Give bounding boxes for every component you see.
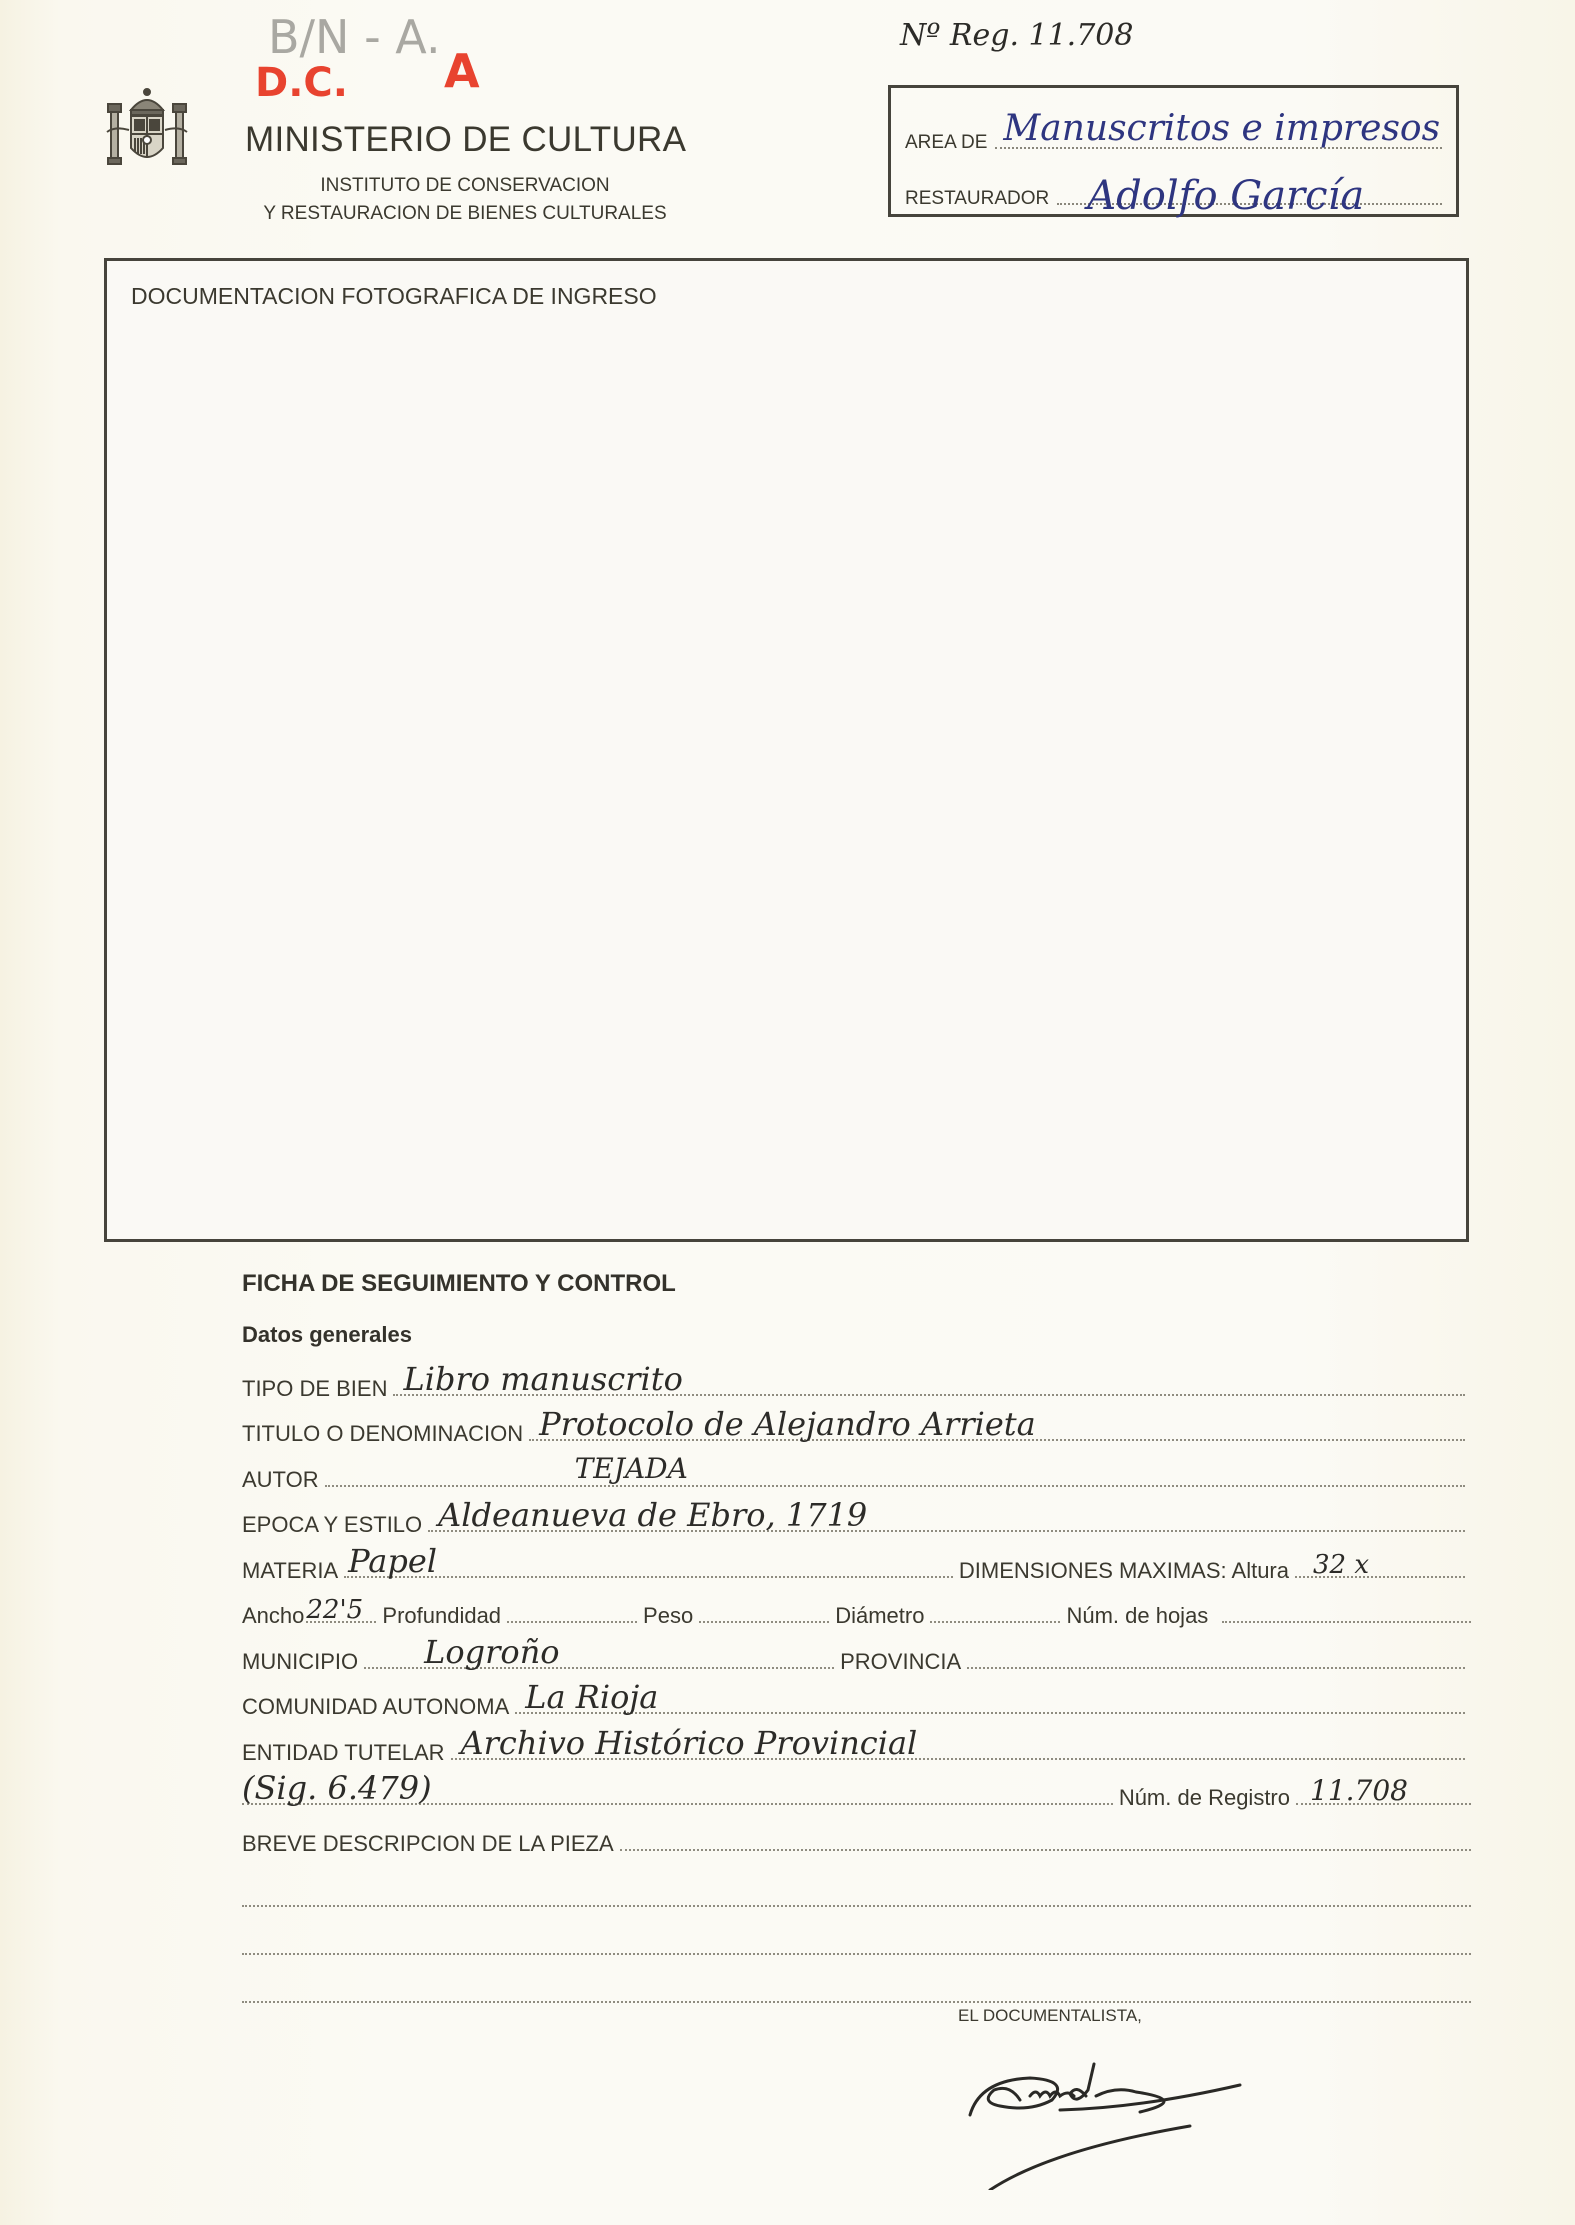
field-titulo[interactable]: TITULO O DENOMINACION Protocolo de Aleja… bbox=[242, 1404, 1471, 1450]
restaurador-field[interactable]: RESTAURADOR Adolfo García bbox=[905, 170, 1442, 210]
descripcion-label: BREVE DESCRIPCION DE LA PIEZA bbox=[242, 1831, 614, 1859]
descripcion-line bbox=[620, 1848, 1471, 1851]
form-title: FICHA DE SEGUIMIENTO Y CONTROL bbox=[242, 1270, 1471, 1298]
comunidad-value: La Rioja bbox=[525, 1678, 658, 1716]
materia-value: Papel bbox=[348, 1542, 437, 1580]
signature-icon bbox=[960, 2030, 1250, 2190]
red-annotation-a: A bbox=[444, 44, 480, 98]
restaurador-line: Adolfo García bbox=[1057, 202, 1442, 205]
coat-of-arms-icon bbox=[103, 86, 191, 172]
diametro-line bbox=[930, 1620, 1060, 1623]
institute-line-1: INSTITUTO DE CONSERVACION bbox=[245, 172, 685, 200]
area-value: Manuscritos e impresos bbox=[1003, 108, 1440, 149]
signatura-line: (Sig. 6.479) bbox=[242, 1802, 1113, 1805]
municipio-value: Logroño bbox=[424, 1633, 559, 1671]
ministry-title: MINISTERIO DE CULTURA bbox=[245, 120, 686, 160]
tracking-form: FICHA DE SEGUIMIENTO Y CONTROL Datos gen… bbox=[242, 1270, 1471, 2003]
ancho-line: 22'5 bbox=[306, 1620, 376, 1623]
field-entidad[interactable]: ENTIDAD TUTELAR Archivo Histórico Provin… bbox=[242, 1722, 1471, 1768]
peso-line bbox=[699, 1620, 829, 1623]
epoca-value: Aldeanueva de Ebro, 1719 bbox=[438, 1496, 867, 1534]
autor-value: TEJADA bbox=[575, 1452, 688, 1485]
institute-subtitle: INSTITUTO DE CONSERVACION Y RESTAURACION… bbox=[245, 172, 685, 228]
restaurador-label: RESTAURADOR bbox=[905, 188, 1049, 210]
provincia-line bbox=[967, 1666, 1465, 1669]
num-hojas-label: Núm. de hojas bbox=[1066, 1603, 1208, 1631]
institute-line-2: Y RESTAURACION DE BIENES CULTURALES bbox=[245, 200, 685, 228]
entidad-label: ENTIDAD TUTELAR bbox=[242, 1740, 445, 1768]
area-restaurador-box: AREA DE Manuscritos e impresos RESTAURAD… bbox=[888, 85, 1459, 217]
photo-documentation-box: DOCUMENTACION FOTOGRAFICA DE INGRESO bbox=[104, 258, 1469, 1242]
tipo-de-bien-line: Libro manuscrito bbox=[393, 1393, 1465, 1396]
num-registro-label: Núm. de Registro bbox=[1119, 1785, 1290, 1813]
field-municipio-provincia[interactable]: MUNICIPIO Logroño PROVINCIA bbox=[242, 1631, 1471, 1677]
titulo-line: Protocolo de Alejandro Arrieta bbox=[529, 1438, 1465, 1441]
photo-box-title: DOCUMENTACION FOTOGRAFICA DE INGRESO bbox=[131, 283, 657, 310]
autor-label: AUTOR bbox=[242, 1467, 319, 1495]
diametro-label: Diámetro bbox=[835, 1603, 924, 1631]
municipio-line: Logroño bbox=[364, 1666, 834, 1669]
signatura-value: (Sig. 6.479) bbox=[242, 1769, 432, 1807]
epoca-label: EPOCA Y ESTILO bbox=[242, 1512, 422, 1540]
titulo-label: TITULO O DENOMINACION bbox=[242, 1421, 523, 1449]
field-comunidad[interactable]: COMUNIDAD AUTONOMA La Rioja bbox=[242, 1677, 1471, 1723]
titulo-value: Protocolo de Alejandro Arrieta bbox=[539, 1405, 1036, 1443]
dimensiones-label: DIMENSIONES MAXIMAS: Altura bbox=[959, 1558, 1289, 1586]
ancho-value: 22'5 bbox=[306, 1595, 363, 1625]
autor-line: TEJADA bbox=[325, 1484, 1465, 1487]
field-epoca[interactable]: EPOCA Y ESTILO Aldeanueva de Ebro, 1719 bbox=[242, 1495, 1471, 1541]
pencil-annotation: B/N - A. bbox=[268, 10, 441, 64]
field-descripcion[interactable]: BREVE DESCRIPCION DE LA PIEZA bbox=[242, 1813, 1471, 1859]
municipio-label: MUNICIPIO bbox=[242, 1649, 358, 1677]
profundidad-line bbox=[507, 1620, 637, 1623]
comunidad-line: La Rioja bbox=[515, 1711, 1465, 1714]
epoca-line: Aldeanueva de Ebro, 1719 bbox=[428, 1529, 1465, 1532]
num-hojas-line bbox=[1222, 1620, 1471, 1623]
peso-label: Peso bbox=[643, 1603, 693, 1631]
field-medidas[interactable]: Ancho 22'5 Profundidad Peso Diámetro Núm… bbox=[242, 1586, 1471, 1632]
entidad-value: Archivo Histórico Provincial bbox=[461, 1724, 918, 1762]
descripcion-line-4[interactable] bbox=[242, 1955, 1471, 2003]
provincia-label: PROVINCIA bbox=[840, 1649, 961, 1677]
form-subtitle: Datos generales bbox=[242, 1322, 1471, 1348]
field-signatura-registro[interactable]: (Sig. 6.479) Núm. de Registro 11.708 bbox=[242, 1768, 1471, 1814]
field-materia-dimensiones[interactable]: MATERIA Papel DIMENSIONES MAXIMAS: Altur… bbox=[242, 1540, 1471, 1586]
field-autor[interactable]: AUTOR TEJADA bbox=[242, 1449, 1471, 1495]
field-tipo-de-bien[interactable]: TIPO DE BIEN Libro manuscrito bbox=[242, 1358, 1471, 1404]
profundidad-label: Profundidad bbox=[382, 1603, 501, 1631]
area-line: Manuscritos e impresos bbox=[995, 146, 1442, 149]
documentalista-label: EL DOCUMENTALISTA, bbox=[958, 2006, 1142, 2026]
red-annotation-dc: D.C. bbox=[255, 60, 348, 106]
descripcion-line-3[interactable] bbox=[242, 1907, 1471, 1955]
entidad-line: Archivo Histórico Provincial bbox=[451, 1757, 1465, 1760]
num-registro-line: 11.708 bbox=[1296, 1802, 1471, 1805]
materia-label: MATERIA bbox=[242, 1558, 338, 1586]
materia-line: Papel bbox=[344, 1575, 953, 1578]
area-field[interactable]: AREA DE Manuscritos e impresos bbox=[905, 114, 1442, 154]
comunidad-label: COMUNIDAD AUTONOMA bbox=[242, 1694, 509, 1722]
num-registro-value: 11.708 bbox=[1310, 1774, 1408, 1807]
restaurador-value: Adolfo García bbox=[1087, 173, 1364, 219]
altura-value: 32 x bbox=[1313, 1550, 1369, 1580]
altura-line: 32 x bbox=[1295, 1575, 1465, 1578]
tipo-de-bien-label: TIPO DE BIEN bbox=[242, 1376, 387, 1404]
tipo-de-bien-value: Libro manuscrito bbox=[403, 1360, 682, 1398]
descripcion-line-2[interactable] bbox=[242, 1859, 1471, 1907]
registration-number-note: Nº Reg. 11.708 bbox=[900, 18, 1133, 53]
area-label: AREA DE bbox=[905, 132, 987, 154]
ancho-label: Ancho bbox=[242, 1603, 304, 1631]
